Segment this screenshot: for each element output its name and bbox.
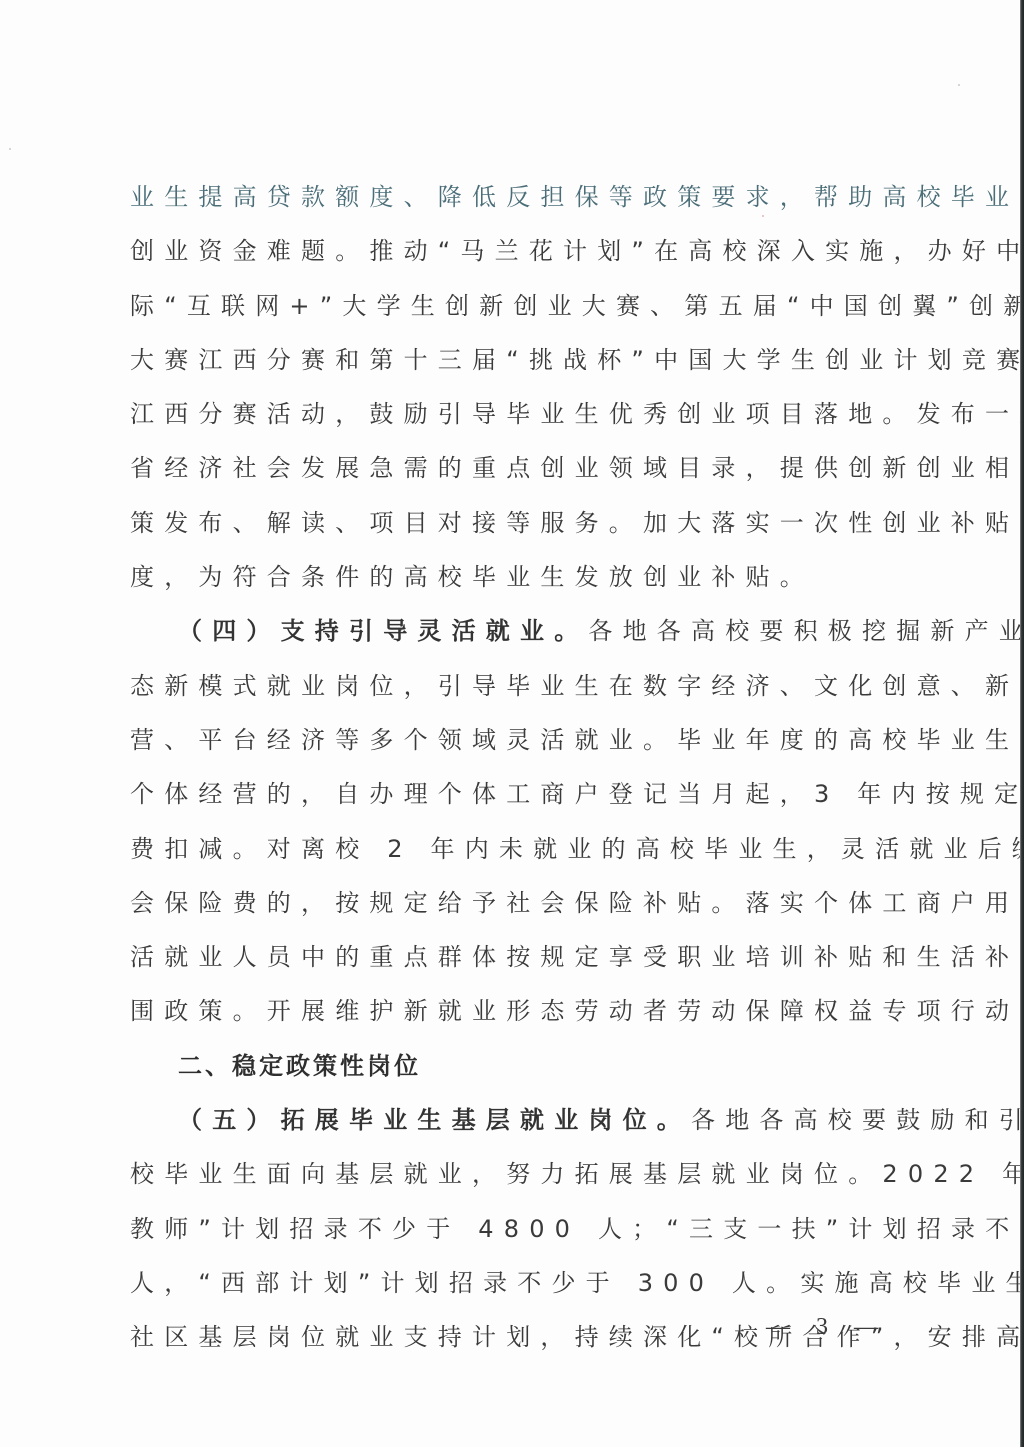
text-line: 人，“西部计划”计划招录不少于 300 人。实施高校毕业生在城乡 — [130, 1256, 892, 1310]
text-line: 活就业人员中的重点群体按规定享受职业培训补贴和生活补贴范 — [130, 930, 892, 984]
text-line: 创业资金难题。推动“马兰花计划”在高校深入实施，办好中国国 — [130, 224, 892, 278]
text-line: 费扣减。对离校 2 年内未就业的高校毕业生，灵活就业后缴纳社 — [130, 822, 892, 876]
text-line: 大赛江西分赛和第十三届“挑战杯”中国大学生创业计划竞赛活动 — [130, 333, 892, 387]
item-lead-title: （五）拓展毕业生基层就业岗位。 — [178, 1105, 691, 1134]
scanned-page: 业生提高贷款额度、降低反担保等政策要求，帮助高校毕业生解决 创业资金难题。推动“… — [0, 0, 1024, 1447]
section-heading: 二、稳定政策性岗位 — [130, 1039, 892, 1093]
text-line: 态新模式就业岗位，引导毕业生在数字经济、文化创意、新媒体运 — [130, 659, 892, 713]
page-number: — 3 — — [766, 1314, 882, 1341]
text-line: 度，为符合条件的高校毕业生发放创业补贴。 — [130, 550, 892, 604]
text-line: 策发布、解读、项目对接等服务。加大落实一次性创业补贴政策力 — [130, 496, 892, 550]
scan-speck — [9, 148, 11, 150]
text-fragment: 各地各高校要鼓励和引导高 — [691, 1106, 1024, 1134]
scan-edge-border — [1020, 0, 1024, 1447]
text-line: 营、平台经济等多个领域灵活就业。毕业年度的高校毕业生从事 — [130, 713, 892, 767]
paragraph-item-4: （四）支持引导灵活就业。各地各高校要积极挖掘新产业新业 态新模式就业岗位，引导毕… — [130, 604, 892, 1038]
paragraph-continuation: 业生提高贷款额度、降低反担保等政策要求，帮助高校毕业生解决 创业资金难题。推动“… — [130, 170, 892, 604]
scan-speck — [958, 84, 960, 86]
text-line: 省经济社会发展急需的重点创业领域目录，提供创新创业相关政 — [130, 441, 892, 495]
document-body: 业生提高贷款额度、降低反担保等政策要求，帮助高校毕业生解决 创业资金难题。推动“… — [130, 170, 892, 1365]
item-lead-title: （四）支持引导灵活就业。 — [178, 616, 588, 645]
text-line: 际“互联网+”大学生创新创业大赛、第五届“中国创翼”创新创业 — [130, 279, 892, 333]
paragraph-first-line: （五）拓展毕业生基层就业岗位。各地各高校要鼓励和引导高 — [130, 1093, 892, 1147]
text-line: 江西分赛活动，鼓励引导毕业生优秀创业项目落地。发布一批我 — [130, 387, 892, 441]
text-line: 业生提高贷款额度、降低反担保等政策要求，帮助高校毕业生解决 — [130, 170, 892, 224]
text-line: 校毕业生面向基层就业，努力拓展基层就业岗位。2022 年“特岗 — [130, 1147, 892, 1201]
text-line: 个体经营的，自办理个体工商户登记当月起，3 年内按规定给予税 — [130, 767, 892, 821]
text-fragment: 各地各高校要积极挖掘新产业新业 — [588, 617, 1024, 645]
paragraph-first-line: （四）支持引导灵活就业。各地各高校要积极挖掘新产业新业 — [130, 604, 892, 658]
text-line: 围政策。开展维护新就业形态劳动者劳动保障权益专项行动。 — [130, 984, 892, 1038]
text-line: 教师”计划招录不少于 4800 人；“三支一扶”计划招录不少于 1800 — [130, 1202, 892, 1256]
text-line: 会保险费的，按规定给予社会保险补贴。落实个体工商户用工、灵 — [130, 876, 892, 930]
